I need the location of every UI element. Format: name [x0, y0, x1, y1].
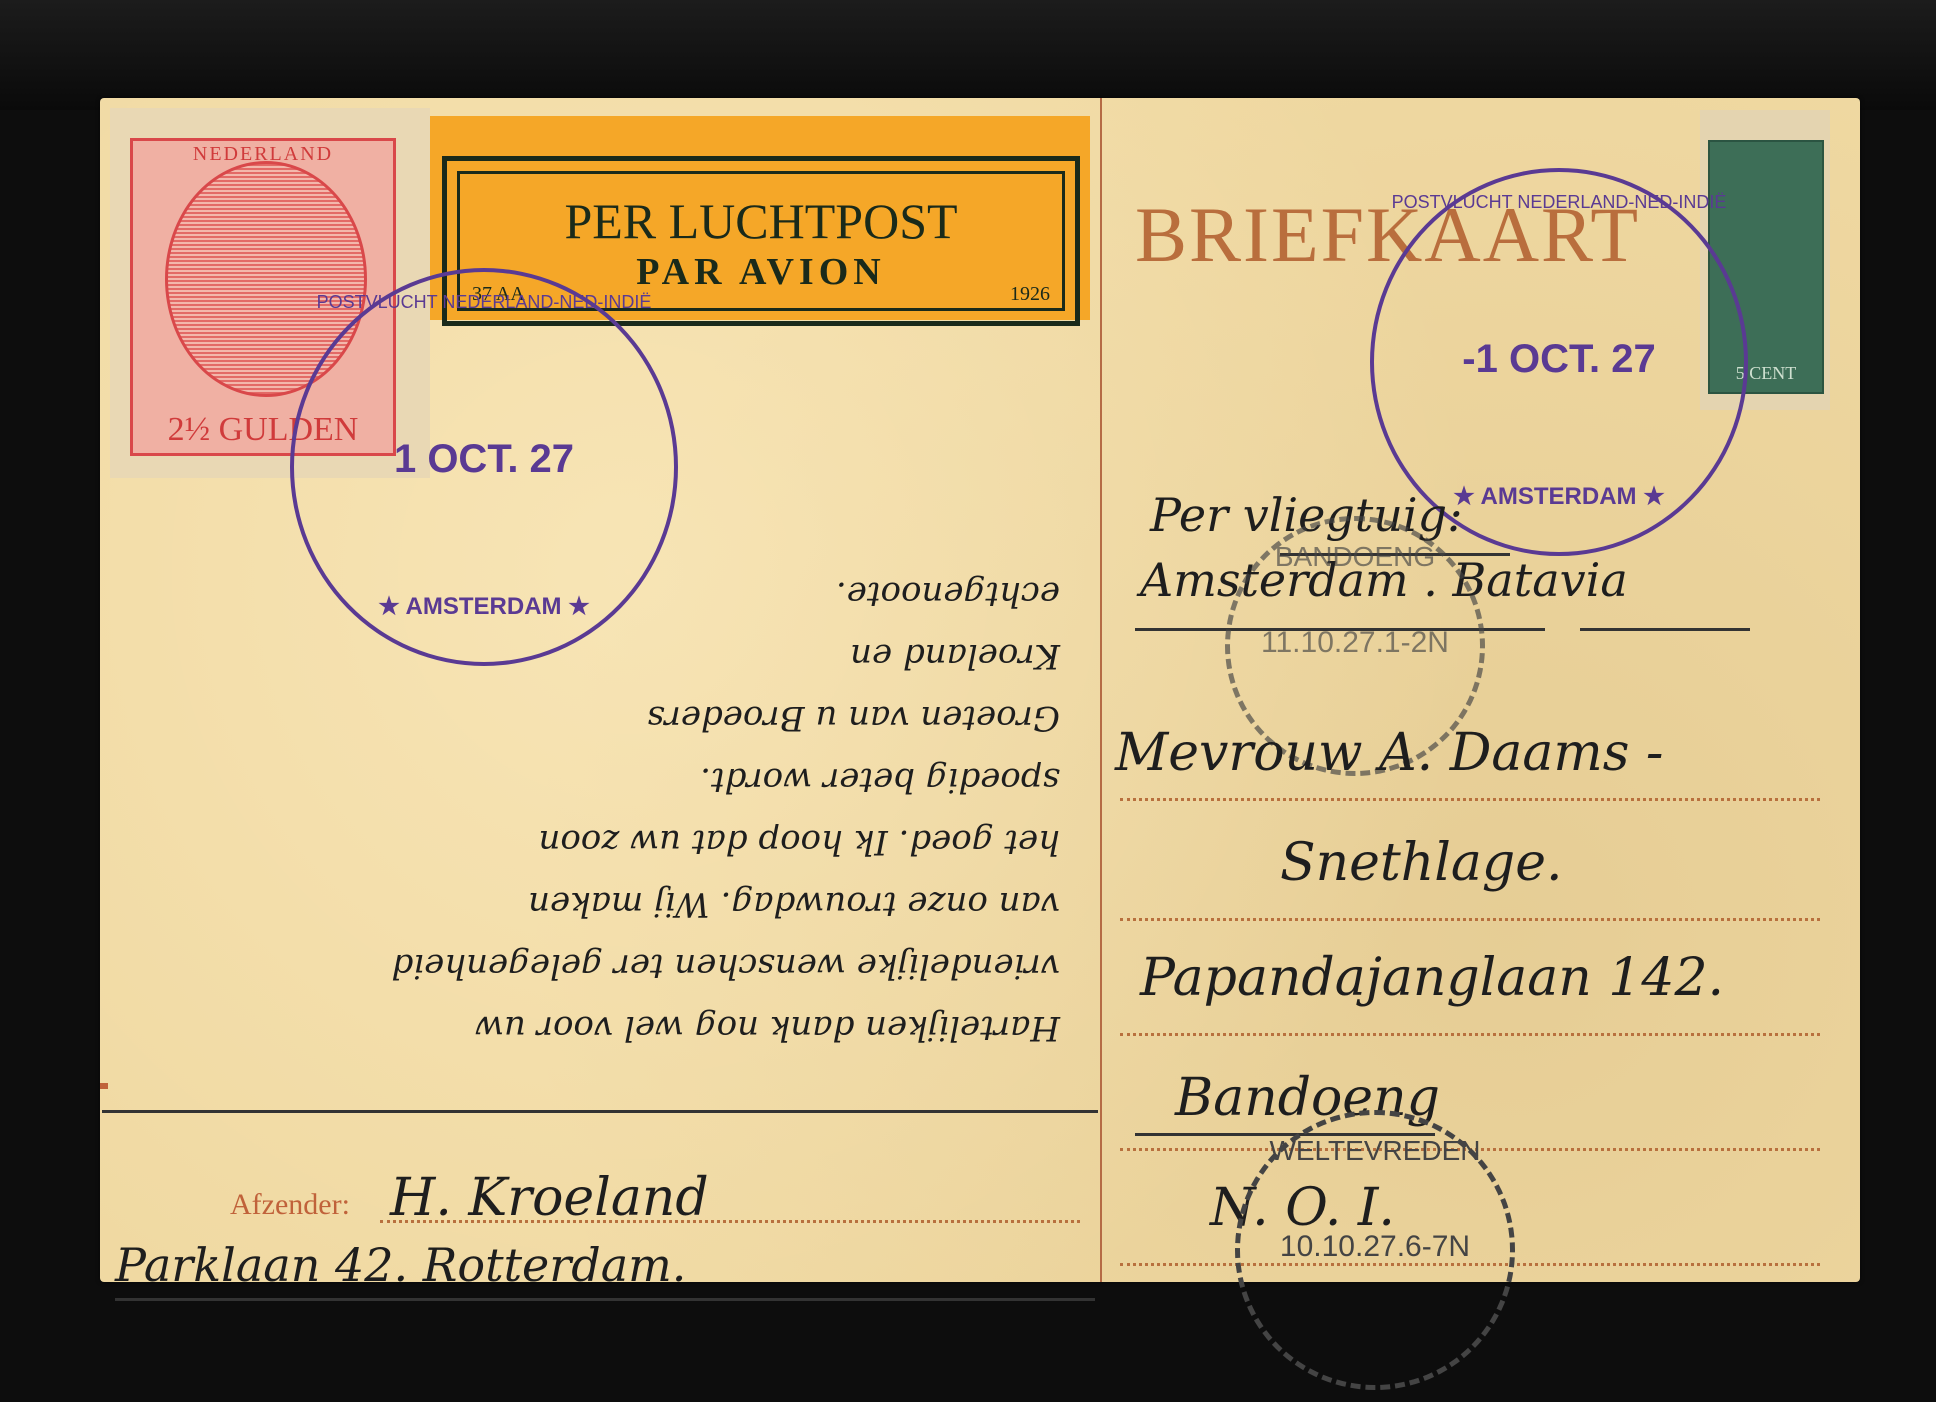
cancel-date: 1 OCT. 27	[294, 437, 674, 482]
address-line2: Snethlage.	[1280, 833, 1563, 893]
postcard: NEDERLAND 2½ GULDEN PER LUCHTPOST PAR AV…	[100, 98, 1860, 1282]
frame-background	[0, 0, 1936, 110]
sender-label: Afzender:	[230, 1188, 350, 1222]
cancel-date: -1 OCT. 27	[1374, 337, 1744, 382]
sender-address: Parklaan 42. Rotterdam.	[115, 1238, 686, 1292]
handwritten-message-upside-down: Hartelijken dank nog wel voor uw vriende…	[240, 563, 1060, 1059]
center-divider	[1100, 98, 1102, 1282]
sender-name: H. Kroeland	[390, 1168, 709, 1228]
airmail-year: 1926	[1010, 283, 1050, 306]
address-line1: Mevrouw A. Daams -	[1115, 723, 1664, 783]
weltevreden-postmark: WELTEVREDEN 10.10.27.6-7N	[1235, 1110, 1515, 1390]
address-line3: Papandajanglaan 142.	[1140, 948, 1724, 1008]
airmail-line1: PER LUCHTPOST	[460, 192, 1062, 250]
